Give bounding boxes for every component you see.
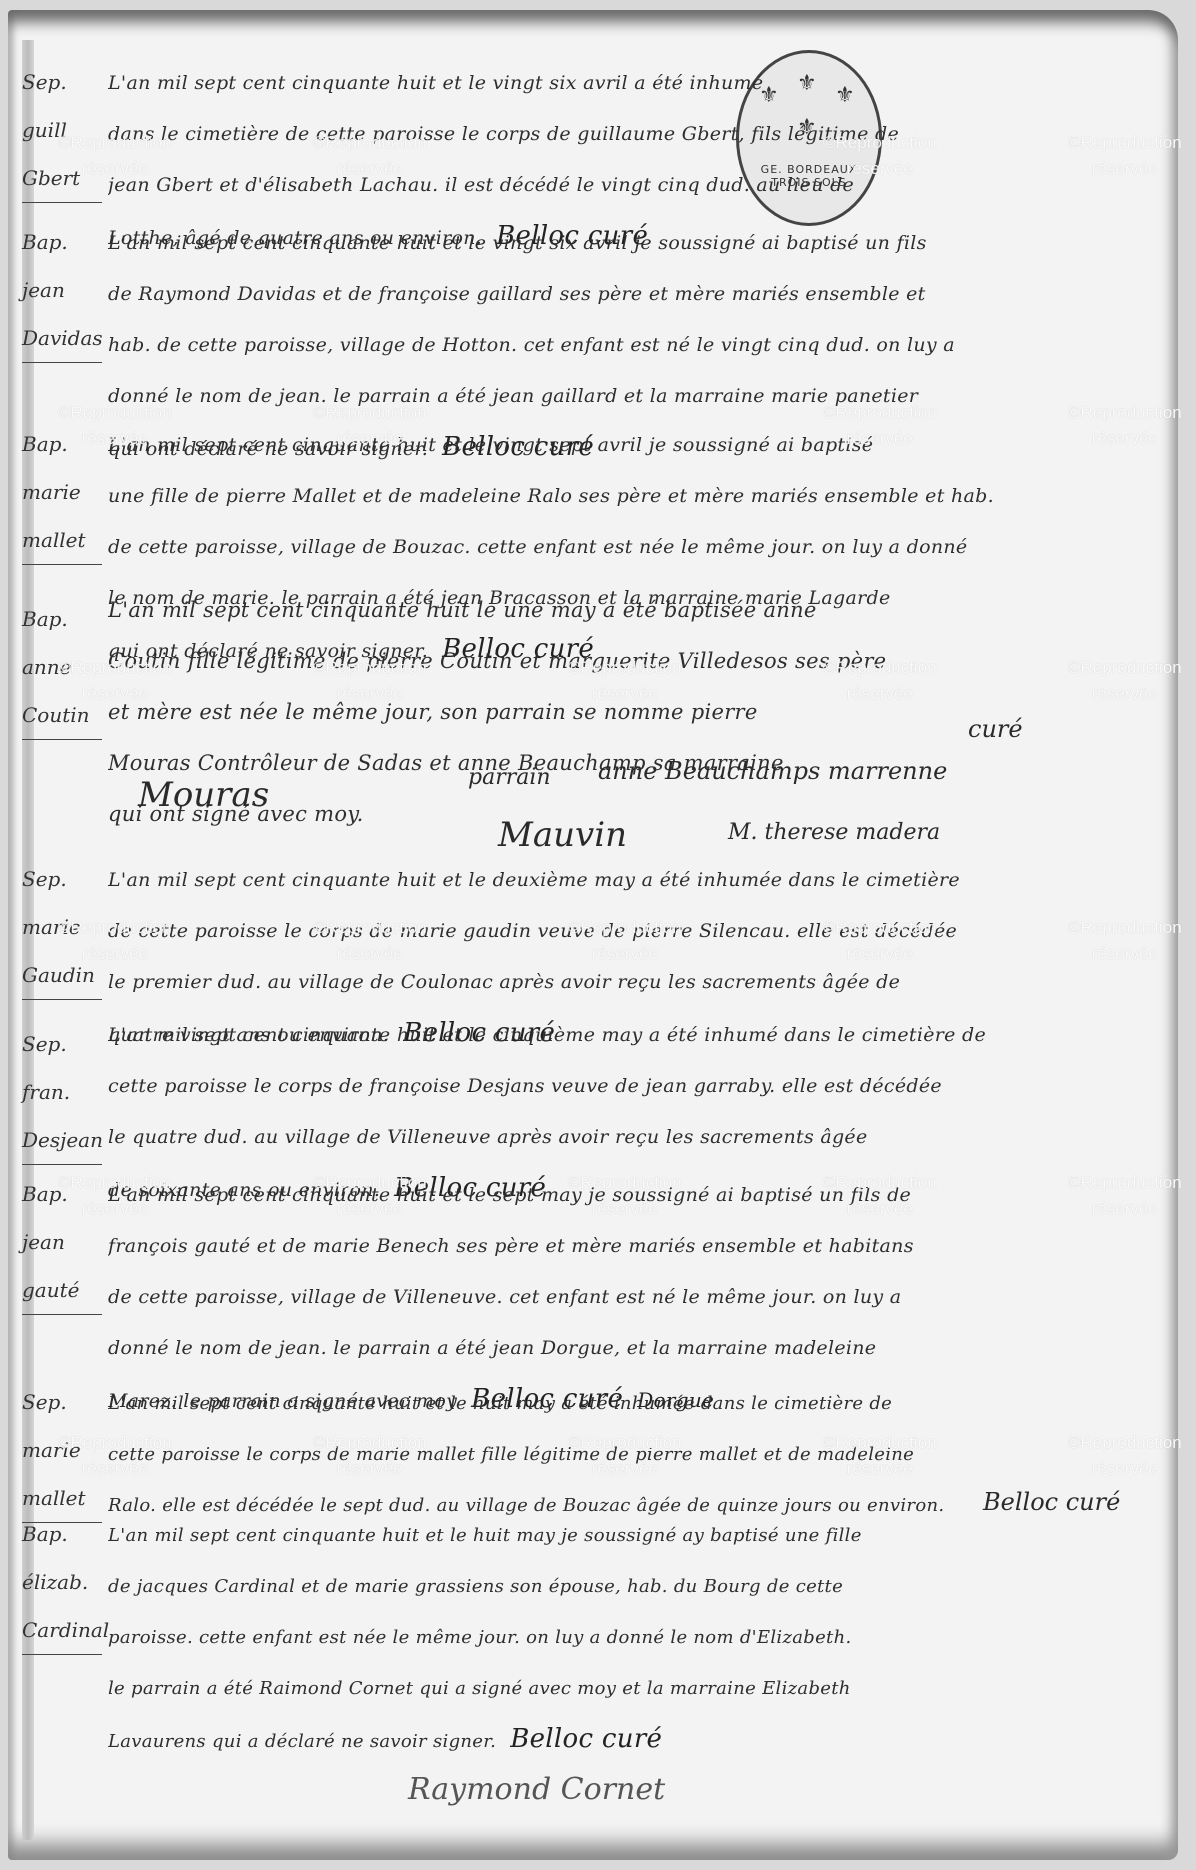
entry-line: hab. de cette paroisse, village de Hotto… bbox=[108, 320, 1158, 371]
entry-margin-note: Bap. jean Davidas bbox=[22, 218, 114, 363]
margin-surname: Cardinal bbox=[22, 1606, 102, 1655]
witness-signature: Mauvin bbox=[498, 815, 627, 855]
entry-line: L'an mil sept cent cinquante huit et le … bbox=[108, 218, 1158, 269]
witness-signature: anne Beauchamps marrenne bbox=[598, 757, 947, 785]
entry-line: de cette paroisse, village de Bouzac. ce… bbox=[108, 522, 1158, 573]
entry-margin-note: Sep. guill Gbert bbox=[22, 58, 114, 203]
entry-line: françois gauté et de marie Benech ses pè… bbox=[108, 1221, 1158, 1272]
margin-surname: mallet bbox=[22, 516, 102, 565]
register-page: ⚜ ⚜ ⚜ ⚜ GE. BORDEAUX TROIS SOLS Sep. gui… bbox=[8, 10, 1178, 1860]
entry-line: dans le cimetière de cette paroisse le c… bbox=[108, 109, 1158, 160]
margin-surname: Gbert bbox=[22, 154, 102, 203]
entry-line: de cette paroisse, village de Villeneuve… bbox=[108, 1272, 1158, 1323]
entry-line: le quatre dud. au village de Villeneuve … bbox=[108, 1112, 1158, 1163]
entry-line: de cette paroisse le corps de marie gaud… bbox=[108, 906, 1158, 957]
margin-surname: Gaudin bbox=[22, 951, 102, 1000]
entry-line: paroisse. cette enfant est née le même j… bbox=[108, 1612, 1158, 1663]
entry-line: L'an mil sept cent cinquante huit et le … bbox=[108, 420, 1158, 471]
curate-signature: Belloc curé bbox=[510, 1714, 662, 1765]
entry-margin-note: Bap. élizab. Cardinal bbox=[22, 1510, 114, 1655]
margin-surname: Davidas bbox=[22, 314, 102, 363]
witness-signature: M. therese madera bbox=[728, 820, 940, 845]
entry-line: L'an mil sept cent cinquante huit le une… bbox=[108, 585, 1158, 636]
entry-line: L'an mil sept cent cinquante huit et le … bbox=[108, 1010, 1158, 1061]
entry-line: de Raymond Davidas et de françoise gaill… bbox=[108, 269, 1158, 320]
margin-type: Sep. bbox=[22, 58, 114, 106]
margin-first-name: anne bbox=[22, 643, 114, 691]
entry-margin-note: Sep. marie mallet bbox=[22, 1378, 114, 1523]
margin-type: Bap. bbox=[22, 420, 114, 468]
margin-first-name: marie bbox=[22, 468, 114, 516]
entry-text: L'an mil sept cent cinquante huit et le … bbox=[108, 1510, 1158, 1767]
margin-type: Sep. bbox=[22, 1020, 114, 1068]
entry-margin-note: Sep. marie Gaudin bbox=[22, 855, 114, 1000]
margin-type: Bap. bbox=[22, 1170, 114, 1218]
entry-line: donné le nom de jean. le parrain a été j… bbox=[108, 371, 1158, 422]
curate-signature: curé bbox=[968, 715, 1023, 743]
entry-line: Coutin fille légitime de pierre Coutin e… bbox=[108, 636, 1158, 687]
witness-signature: Mouras bbox=[138, 775, 269, 815]
margin-first-name: élizab. bbox=[22, 1558, 114, 1606]
entry-line: cette paroisse le corps de marie mallet … bbox=[108, 1429, 1158, 1480]
entry-margin-note: Bap. marie mallet bbox=[22, 420, 114, 565]
entry-line: L'an mil sept cent cinquante huit et le … bbox=[108, 1378, 1158, 1429]
margin-type: Sep. bbox=[22, 1378, 114, 1426]
entry-line: le parrain a été Raimond Cornet qui a si… bbox=[108, 1663, 1158, 1714]
witness-signature: Raymond Cornet bbox=[408, 1772, 665, 1807]
margin-surname: gauté bbox=[22, 1266, 102, 1315]
entry-line: Lavaurens qui a déclaré ne savoir signer… bbox=[108, 1731, 496, 1752]
entry-line: le premier dud. au village de Coulonac a… bbox=[108, 957, 1158, 1008]
entry-margin-note: Sep. fran. Desjean bbox=[22, 1020, 114, 1165]
entry-line: donné le nom de jean. le parrain a été j… bbox=[108, 1323, 1158, 1374]
margin-first-name: marie bbox=[22, 1426, 114, 1474]
entry-line: une fille de pierre Mallet et de madelei… bbox=[108, 471, 1158, 522]
margin-surname: Coutin bbox=[22, 691, 102, 740]
entry-margin-note: Bap. anne Coutin bbox=[22, 595, 114, 740]
margin-first-name: marie bbox=[22, 903, 114, 951]
witness-signature: parrain bbox=[468, 765, 551, 790]
entry-line: de jacques Cardinal et de marie grassien… bbox=[108, 1561, 1158, 1612]
entry-line: L'an mil sept cent cinquante huit et le … bbox=[108, 58, 1158, 109]
margin-type: Sep. bbox=[22, 855, 114, 903]
margin-first-name: fran. bbox=[22, 1068, 114, 1116]
margin-surname: Desjean bbox=[22, 1116, 102, 1165]
margin-type: Bap. bbox=[22, 595, 114, 643]
margin-first-name: guill bbox=[22, 106, 114, 154]
entry-line: L'an mil sept cent cinquante huit et le … bbox=[108, 1170, 1158, 1221]
margin-type: Bap. bbox=[22, 218, 114, 266]
margin-type: Bap. bbox=[22, 1510, 114, 1558]
entry-margin-note: Bap. jean gauté bbox=[22, 1170, 114, 1315]
entry-line: jean Gbert et d'élisabeth Lachau. il est… bbox=[108, 160, 1158, 211]
margin-first-name: jean bbox=[22, 266, 114, 314]
entry-line: L'an mil sept cent cinquante huit et le … bbox=[108, 1510, 1158, 1561]
margin-first-name: jean bbox=[22, 1218, 114, 1266]
entry-line: L'an mil sept cent cinquante huit et le … bbox=[108, 855, 1158, 906]
entry-line: cette paroisse le corps de françoise Des… bbox=[108, 1061, 1158, 1112]
